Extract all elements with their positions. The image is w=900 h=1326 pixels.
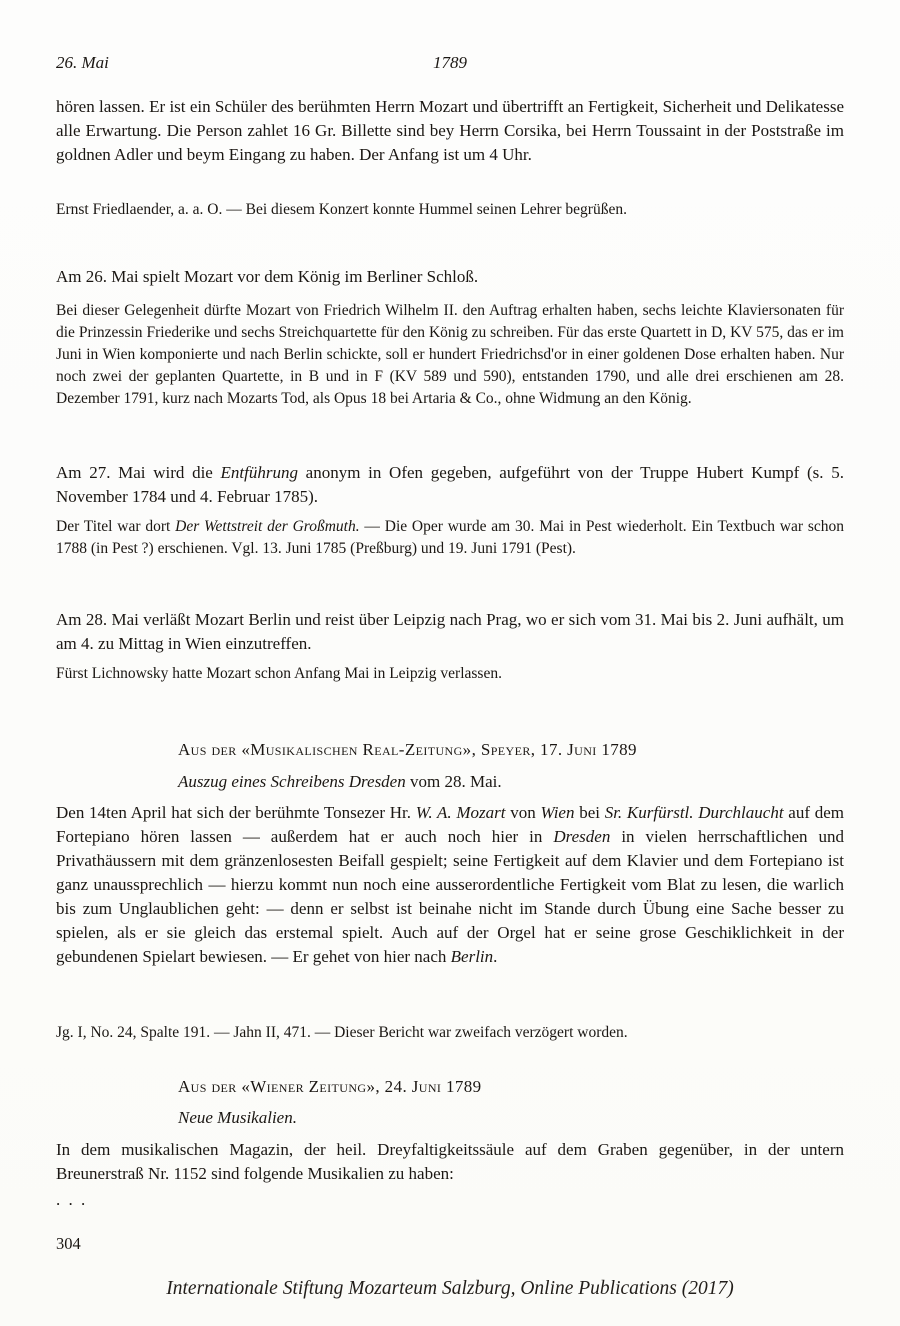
quote-text-segment: Den 14ten April hat sich der berühmte To… bbox=[56, 803, 416, 822]
entry-26-mai-source-note: Ernst Friedlaender, a. a. O. — Bei diese… bbox=[56, 199, 844, 221]
real-zeitung-quote: Den 14ten April hat sich der berühmte To… bbox=[56, 801, 844, 969]
footer-attribution: Internationale Stiftung Mozarteum Salzbu… bbox=[0, 1278, 900, 1300]
running-head-year: 1789 bbox=[56, 52, 844, 74]
real-zeitung-subheading: Auszug eines Schreibens Dresden vom 28. … bbox=[178, 771, 844, 793]
commentary-text-segment: Der Titel war dort bbox=[56, 518, 175, 535]
quote-text-segment: in vielen herrschaftlichen und Privathäu… bbox=[56, 827, 844, 966]
quote-text-segment: . bbox=[493, 947, 497, 966]
person-name-italic: W. A. Mozart bbox=[416, 803, 506, 822]
opera-alt-title-italic: Der Wettstreit der Großmuth. bbox=[175, 518, 360, 535]
entry-26-mai-koenig-commentary: Bei dieser Gelegenheit dürfte Mozart von… bbox=[56, 300, 844, 410]
wiener-zeitung-subheading: Neue Musikalien. bbox=[178, 1107, 844, 1129]
wiener-zeitung-source-heading: Aus der «Wiener Zeitung», 24. Juni 1789 bbox=[178, 1076, 844, 1098]
title-italic: Sr. Kurfürstl. Durchlaucht bbox=[605, 803, 784, 822]
ellipsis-marker: . . . bbox=[56, 1190, 844, 1210]
entry-27-mai-heading: Am 27. Mai wird die Entführung anonym in… bbox=[56, 461, 844, 509]
heading-text-segment: Am 27. Mai wird die bbox=[56, 463, 221, 482]
subheading-italic: Auszug eines Schreibens Dresden bbox=[178, 772, 406, 791]
entry-26-mai-paragraph: hören lassen. Er ist ein Schüler des ber… bbox=[56, 95, 844, 167]
entry-27-mai-commentary: Der Titel war dort Der Wettstreit der Gr… bbox=[56, 516, 844, 560]
subheading-rest: vom 28. Mai. bbox=[406, 772, 502, 791]
running-head: 26. Mai 1789 bbox=[56, 52, 844, 74]
wiener-zeitung-quote: In dem musikalischen Magazin, der heil. … bbox=[56, 1138, 844, 1186]
real-zeitung-source-heading: Aus der «Musikalischen Real-Zeitung», Sp… bbox=[178, 739, 844, 761]
place-name-italic: Dresden bbox=[553, 827, 610, 846]
quote-text-segment: bei bbox=[574, 803, 604, 822]
place-name-italic: Wien bbox=[540, 803, 574, 822]
quote-text-segment: von bbox=[506, 803, 541, 822]
real-zeitung-note: Jg. I, No. 24, Spalte 191. — Jahn II, 47… bbox=[56, 1022, 844, 1044]
entry-28-mai-heading: Am 28. Mai verläßt Mozart Berlin und rei… bbox=[56, 608, 844, 656]
entry-26-mai-koenig-heading: Am 26. Mai spielt Mozart vor dem König i… bbox=[56, 265, 844, 289]
page-number: 304 bbox=[56, 1234, 844, 1254]
opera-title-italic: Entführung bbox=[221, 463, 298, 482]
entry-28-mai-note: Fürst Lichnowsky hatte Mozart schon Anfa… bbox=[56, 663, 844, 685]
book-page: 26. Mai 1789 hören lassen. Er ist ein Sc… bbox=[0, 0, 900, 1326]
place-name-italic: Berlin bbox=[451, 947, 494, 966]
